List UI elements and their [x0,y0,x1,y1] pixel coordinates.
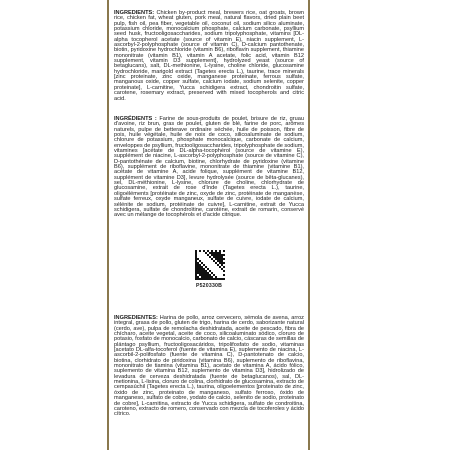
left-panel-rule [107,0,109,450]
barcode-block: P520330B [114,250,304,289]
ingredients-body-spanish: Harina de pollo, arroz cervecero, sémola… [114,315,304,417]
ingredients-body-french: Farine de sous-produits de poulet, brisu… [114,116,304,218]
ingredients-section-spanish: INGREDIENTES: Harina de pollo, arroz cer… [114,316,304,418]
barcode-code-label: P520330B [196,283,222,289]
data-matrix-barcode-icon [195,250,225,280]
ingredient-label-panel: INGREDIENTS: Chicken by-product meal, br… [0,0,450,450]
right-panel-rule [308,0,310,450]
ingredients-section-english: INGREDIENTS: Chicken by-product meal, br… [114,11,304,102]
ingredients-section-french: INGRÉDIENTS : Farine de sous-produits de… [114,117,304,219]
ingredients-body-english: Chicken by-product meal, brewers rice, o… [114,10,304,102]
